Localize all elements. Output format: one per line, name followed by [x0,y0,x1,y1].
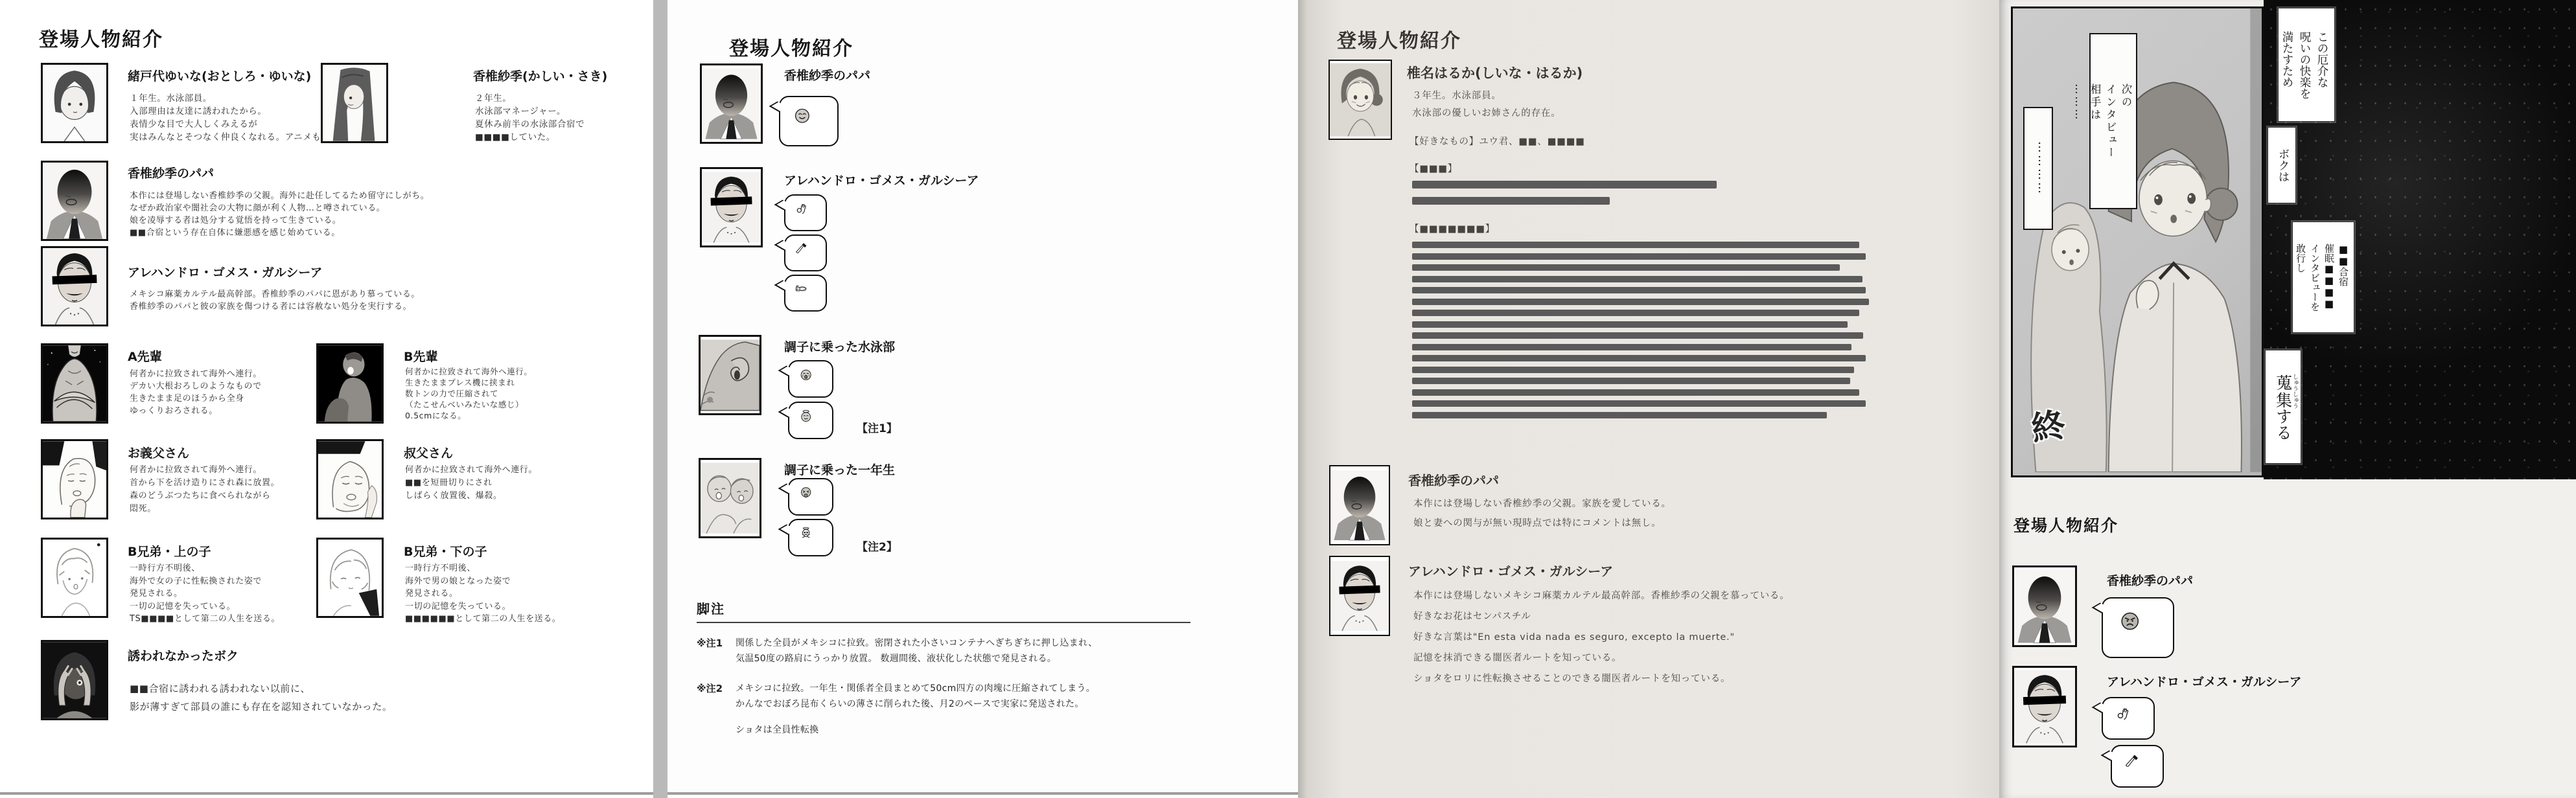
character-desc-line: 数トンの力で圧縮されて [405,387,498,399]
character-desc-line: 娘を凌辱する者は処分する覚悟を持って生きている。 [130,213,341,225]
character-desc-line: 何者かに拉致されて海外へ連行。 [130,367,262,379]
speech-bubble [788,360,833,398]
crying-face-icon [798,368,824,389]
angel-face-icon [798,409,824,431]
character-name: B先輩 [404,347,437,365]
redacted-text-bar [1412,389,1859,396]
character-name: 叔父さん [404,444,453,461]
speech-bubble [784,275,827,312]
character-name: お義父さん [128,444,189,461]
character-portrait-b_older [41,538,108,618]
character-desc-line: ■■■■していた。 [475,130,555,142]
character-name: 椎名はるか(しいな・はるか) [1407,63,1583,82]
character-desc-line: 影が薄すぎて部員の誰にも存在を認知されていなかった。 [130,700,393,713]
character-portrait-papa [2012,565,2077,647]
footnote-line: 気温50度の路肩にうっかり放置。 数週間後、液状化した状態で発見される。 [736,652,1056,665]
character-desc-line: 好きな言葉は"En esta vida nada es seguro, exce… [1413,630,1735,643]
character-portrait-saki [321,63,388,143]
character-desc-line: メキシコ麻薬カルテル最高幹部。香椎紗季のパパに恩があり慕っている。 [130,287,420,299]
character-portrait-alejandro [700,167,763,247]
redacted-text-bar [1412,367,1854,373]
speech-bubble-next-interview: 次のインタビュー相手は……… [2089,33,2137,209]
footnotes-title: 脚注 [697,598,725,617]
collect-suffix: する [2274,408,2293,440]
redacted-text-bar [1412,400,1866,407]
character-portrait-alejandro [1329,556,1390,636]
character-name: A先輩 [128,347,162,365]
page-1-character-intro: 登場人物紹介 緒戸代ゆいな(おとしろ・ゆいな)１年生。水泳部員。入部理由は友達に… [0,0,653,798]
character-portrait-b_senpai [316,343,384,424]
redacted-text-bar [1412,310,1859,316]
character-desc-line: 悶死。 [130,501,156,514]
character-desc-line: 海外で女の子に性転換された姿で [130,574,262,586]
character-portrait-a_senpai [41,343,108,424]
character-desc-line: ３年生。水泳部員。 [1412,88,1502,102]
character-name: 香椎紗季のパパ [2107,571,2193,589]
character-desc-line: 何者かに拉致されて海外へ連行。 [405,365,533,377]
footnote-label: ※注1 [697,636,723,650]
character-desc-line: ゆっくりおろされる。 [130,404,218,416]
speech-bubble [788,402,833,439]
character-desc-line: 水泳部の優しいお姉さん的存在。 [1412,106,1561,119]
character-desc-line: 一時行方不明後、 [405,561,476,573]
character-desc-line: TS■■■■として第二の人生を送る。 [130,611,280,624]
footnote-label: ※注2 [697,681,723,695]
page4-heading: 登場人物紹介 [2013,513,2118,536]
character-desc-line: 何者かに拉致されて海外へ連行。 [130,462,262,475]
character-desc-line: 記憶を抹消できる闇医者ルートを知っている。 [1413,650,1621,664]
speech-bubble [788,478,833,516]
character-desc-line: （たこせんべいみたいな感じ） [405,398,524,410]
speech-bubble [784,194,827,231]
redacted-text-bar [1412,287,1866,293]
character-portrait-pair [699,458,761,538]
redacted-section-label: 【■■■■■■■】 [1410,222,1495,235]
speech-bubble [779,96,839,146]
footnote-line: 関係した全員がメキシコに拉致。密閉された小さいコンテナへぎちぎちに押し込まれ、 [736,636,1097,649]
character-desc-line: １年生。水泳部員。 [130,91,212,104]
angry-face-icon [2117,610,2160,646]
character-name: 香椎紗季のパパ [784,66,870,84]
redacted-text-bar [1412,242,1859,248]
page-3-character-profile-scan: 登場人物紹介 椎名はるか(しいな・はるか)３年生。水泳部員。水泳部の優しいお姉さ… [1298,0,1999,798]
page2-heading: 登場人物紹介 [729,32,853,61]
character-desc-line: 水泳部マネージャー。 [475,104,566,117]
character-name: 誘われなかったボク [128,646,238,664]
character-name: アレハンドロ・ゴメス・ガルシーア [1408,561,1613,580]
redacted-text-bar [1412,197,1610,205]
character-desc-line: 香椎紗季のパパと彼の家族を傷つける者には容赦ない処分を実行する。 [130,299,412,312]
character-portrait-b_younger [316,538,384,618]
redacted-text-bar [1412,378,1850,384]
character-portrait-haruka [1329,60,1392,140]
speech-bubble [2102,597,2174,658]
character-name: アレハンドロ・ゴメス・ガルシーア [128,263,323,280]
speech-bubble [788,519,833,556]
speech-bubble-silence: ………… [2023,107,2053,230]
knife-icon [793,242,818,264]
narration-box-3: ■■合宿催眠■■■■インタビューを敢行し [2292,222,2354,333]
redacted-text-bar [1412,299,1869,305]
character-desc-line: 実はみんなとそつなく仲良くなれる。アニメも観る。 [130,130,349,142]
character-name: 香椎紗季のパパ [1408,470,1499,489]
character-portrait-ear [699,335,761,415]
character-name: アレハンドロ・ゴメス・ガルシーア [784,171,979,188]
skull-halo-icon [798,527,824,548]
redacted-text-bar [1412,321,1848,328]
character-portrait-uncle [316,439,384,519]
character-desc-line: 入部理由は友達に誘われたから。 [130,104,267,117]
vomit-face-icon [798,486,824,507]
likes-line: 【好きなもの】ユウ君、■■、■■■■ [1410,134,1585,148]
redacted-text-bar [1412,253,1866,260]
redacted-text-bar [1412,276,1862,282]
character-portrait-papa [41,161,108,241]
redacted-section-label: 【■■■】 [1410,161,1457,175]
character-desc-line: ■■合宿という存在自体に嫌悪感を感じ始めている。 [130,225,340,238]
collect-word: 蒐集 [2274,374,2293,409]
character-desc-line: ■■を短冊切りにされ [405,475,493,488]
character-desc-line: 発見される。 [405,586,458,598]
scan-edge [0,792,653,795]
character-desc-line: 首から下を活け造りにされ森に放置。 [130,475,279,488]
character-desc-line: 本作には登場しない香椎紗季の父親。家族を愛している。 [1413,496,1671,510]
character-name: 調子に乗った一年生 [784,461,895,478]
character-portrait-papa [700,63,763,144]
character-desc-line: ■■■■■■として第二の人生を送る。 [405,611,561,624]
character-desc-line: なぜか政治家や闇社会の大物に顔が利く人物…と噂されている。 [130,201,385,213]
character-portrait-papa [1329,465,1390,545]
narration-box-2: ボクは [2268,127,2296,203]
character-portrait-alejandro [2012,666,2077,747]
manga-panel: 次のインタビュー相手は……… ………… 終 [2011,6,2264,477]
character-desc-line: ２年生。 [475,91,511,104]
character-desc-line: 一切の記憶を失っている。 [405,599,511,611]
character-name: アレハンドロ・ゴメス・ガルシーア [2107,672,2302,690]
character-desc-line: 生きたままプレス機に挟まれ [405,376,515,388]
footnotes-divider [697,622,1190,623]
redacted-text-bar [1412,344,1851,350]
ok-hand-icon [793,202,818,223]
character-desc-line: 海外で男の娘となった姿で [405,574,511,586]
speech-bubble [784,234,827,271]
character-portrait-stepfather [41,439,108,519]
character-desc-line: 一切の記憶を失っている。 [130,599,235,611]
character-desc-line: 発見される。 [130,586,183,598]
character-desc-line: 夏休み前半の水泳部合宿で [475,117,585,130]
character-desc-line: 生きたまま足のほうから全身 [130,391,244,404]
smile-face-icon [791,106,827,136]
redacted-text-bar [1412,264,1840,271]
redacted-text-bar [1412,412,1827,418]
character-desc-line: デカい大根おろしのようなもので [130,379,262,391]
character-desc-line: 一時行方不明後、 [130,561,200,573]
footnote-reference: 【注1】 [857,419,898,435]
character-desc-line: 本作には登場しない香椎紗季の父親。海外に赴任してるため留守にしがち。 [130,188,429,201]
character-desc-line: 何者かに拉致されて海外へ連行。 [405,462,537,475]
doujinshi-spread: 登場人物紹介 緒戸代ゆいな(おとしろ・ゆいな)１年生。水泳部員。入部理由は友達に… [0,0,2576,798]
footnote-extra: ショタは全員性転換 [736,723,818,736]
redacted-text-bar [1412,181,1717,188]
character-desc-line: ショタをロリに性転換させることのできる闇医者ルートを知っている。 [1413,671,1730,685]
character-name: 香椎紗季のパパ [128,164,214,181]
page-4-manga-page: 次のインタビュー相手は……… ………… 終 この厄介な呪いの快楽を満たすため ボ… [1999,0,2576,798]
character-name: 調子に乗った水泳部 [784,337,895,355]
narration-box-collect: 蒐集しゅうしゅうする [2265,350,2301,464]
page3-heading: 登場人物紹介 [1337,25,1461,53]
character-name: 香椎紗季(かしい・さき) [473,67,607,84]
collect-furigana: しゅうしゅう [2292,374,2298,409]
footnote-reference: 【注2】 [857,538,898,554]
character-desc-line: 森のどうぶつたちに食べられながら [130,488,271,501]
narration-box-1: この厄介な呪いの快楽を満たすため [2278,8,2335,122]
footnote-line: メキシコに拉致。一年生・関係者全員まとめて50cm四方の肉塊に圧縮されてしまう。 [736,681,1095,694]
character-desc-line: 本作には登場しないメキシコ麻薬カルテル最高幹部。香椎紗季の父親を慕っている。 [1413,588,1790,602]
character-desc-line: 娘と妻への関与が無い現時点では特にコメントは無し。 [1413,516,1662,529]
chainsaw-icon [793,282,818,304]
page1-heading: 登場人物紹介 [39,23,163,52]
character-name: B兄弟・上の子 [128,542,211,560]
character-desc-line: 0.5cmになる。 [405,409,466,421]
character-desc-line: しばらく放置後、爆殺。 [405,488,502,501]
character-portrait-yuina [41,63,108,143]
character-desc-line: 好きなお花はセンパスチル [1413,609,1531,622]
redacted-text-bar [1412,332,1863,339]
redacted-text-bar [1412,355,1866,361]
scan-edge [667,792,1298,795]
character-name: B兄弟・下の子 [404,542,487,560]
character-desc-line: 表情少な目で大人しくみえるが [130,117,257,130]
character-portrait-alejandro [41,246,108,326]
speech-bubble [2102,697,2155,740]
footnote-line: かんなでおぼろ昆布くらいの薄さに削られた後、月2のペースで実家に発送された。 [736,697,1084,710]
page-2-character-intro: 登場人物紹介 脚注 ショタは全員性転換 香椎紗季のパパアレハンドロ・ゴメス・ガル… [667,0,1298,798]
ok-hand-icon [2113,706,2144,731]
knife-icon [2122,754,2153,779]
speech-bubble [2111,745,2164,788]
character-name: 緒戸代ゆいな(おとしろ・ゆいな) [128,67,311,84]
character-portrait-boku [41,640,108,720]
character-desc-line: ■■合宿に誘われる誘われない以前に、 [130,681,310,695]
